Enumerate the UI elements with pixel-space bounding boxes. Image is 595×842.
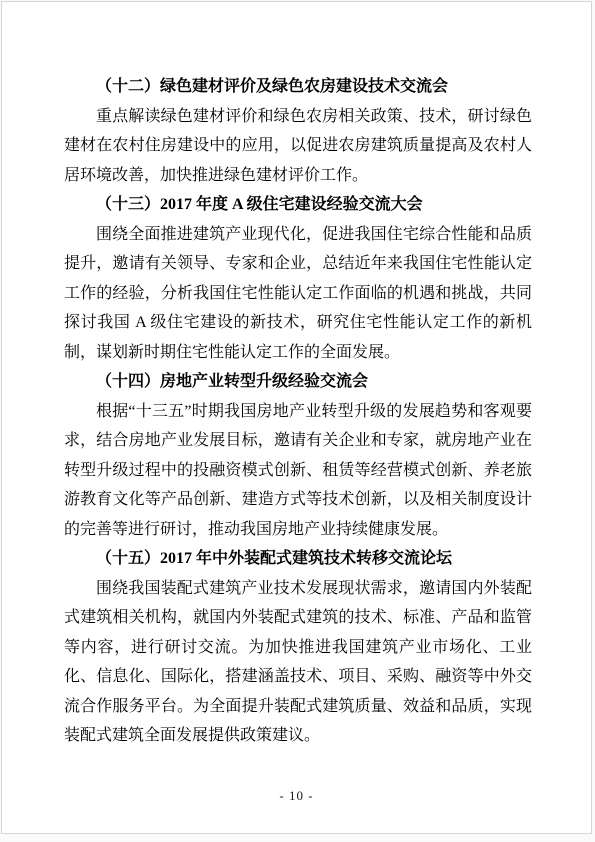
- section-15: （十五）2017 年中外装配式建筑技术转移交流论坛 围绕我国装配式建筑产业技术发…: [64, 544, 532, 751]
- section-heading: （十二）绿色建材评价及绿色农房建设技术交流会: [64, 72, 532, 102]
- section-heading: （十四）房地产业转型升级经验交流会: [64, 367, 532, 397]
- document-page: （十二）绿色建材评价及绿色农房建设技术交流会 重点解读绿色建材评价和绿色农房相关…: [1, 1, 592, 834]
- section-body: 根据“十三五”时期我国房地产业转型升级的发展趋势和客观要求，结合房地产业发展目标…: [64, 397, 532, 545]
- section-heading: （十三）2017 年度 A 级住宅建设经验交流大会: [64, 190, 532, 220]
- section-heading: （十五）2017 年中外装配式建筑技术转移交流论坛: [64, 544, 532, 574]
- section-body: 围绕我国装配式建筑产业技术发展现状需求，邀请国内外装配式建筑相关机构，就国内外装…: [64, 574, 532, 751]
- section-body: 重点解读绿色建材评价和绿色农房相关政策、技术，研讨绿色建材在农村住房建设中的应用…: [64, 102, 532, 191]
- section-12: （十二）绿色建材评价及绿色农房建设技术交流会 重点解读绿色建材评价和绿色农房相关…: [64, 72, 532, 190]
- document-content: （十二）绿色建材评价及绿色农房建设技术交流会 重点解读绿色建材评价和绿色农房相关…: [64, 72, 532, 751]
- section-13: （十三）2017 年度 A 级住宅建设经验交流大会 围绕全面推进建筑产业现代化，…: [64, 190, 532, 367]
- section-14: （十四）房地产业转型升级经验交流会 根据“十三五”时期我国房地产业转型升级的发展…: [64, 367, 532, 544]
- section-body: 围绕全面推进建筑产业现代化，促进我国住宅综合性能和品质提升，邀请有关领导、专家和…: [64, 220, 532, 368]
- page-number: - 10 -: [2, 788, 591, 804]
